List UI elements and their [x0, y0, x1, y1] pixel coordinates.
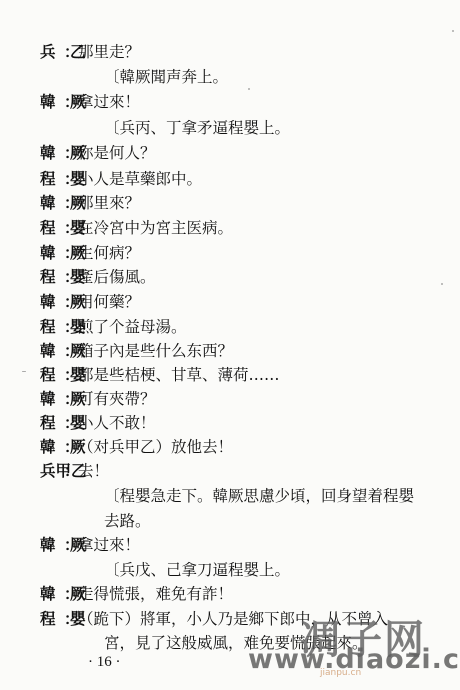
dialog-text: 在冷宮中为宮主医病。 [78, 217, 233, 239]
page-number: · 16 · [88, 654, 121, 671]
dialog-text: 煎了个益母湯。 [78, 316, 187, 338]
dialog-text: （对兵甲乙）放他去！ [78, 436, 233, 458]
dialog-text: 用何藥？ [78, 291, 140, 313]
dialog-text: 箱子內是些什么东西？ [78, 340, 233, 362]
watermark-small: jianpu.cn [320, 668, 361, 678]
scan-speck [441, 283, 443, 285]
dialog-text: 去！ [78, 460, 109, 482]
dialog-text: 小人是草藥郎中。 [78, 168, 202, 190]
dialog-text: 拿过來！ [78, 534, 140, 556]
scan-speck [248, 88, 250, 90]
scan-speck [22, 371, 26, 372]
dialog-text: 生何病？ [78, 242, 140, 264]
scan-speck [452, 30, 454, 32]
dialog-text: 都是些桔梗、甘草、薄荷…… [78, 364, 280, 386]
dialog-text: 小人不敢！ [78, 412, 156, 434]
dialog-text: 你是何人？ [78, 142, 156, 164]
dialog-text: 可有夾帶？ [78, 388, 156, 410]
dialog-text: 拿过來！ [78, 91, 140, 113]
dialog-text: 走得慌張，难免有詐！ [78, 583, 233, 605]
dialog-text: 產后傷風。 [78, 266, 156, 288]
dialog-text: 那里走？ [78, 41, 140, 63]
dialog-text: 那里來？ [78, 192, 140, 214]
